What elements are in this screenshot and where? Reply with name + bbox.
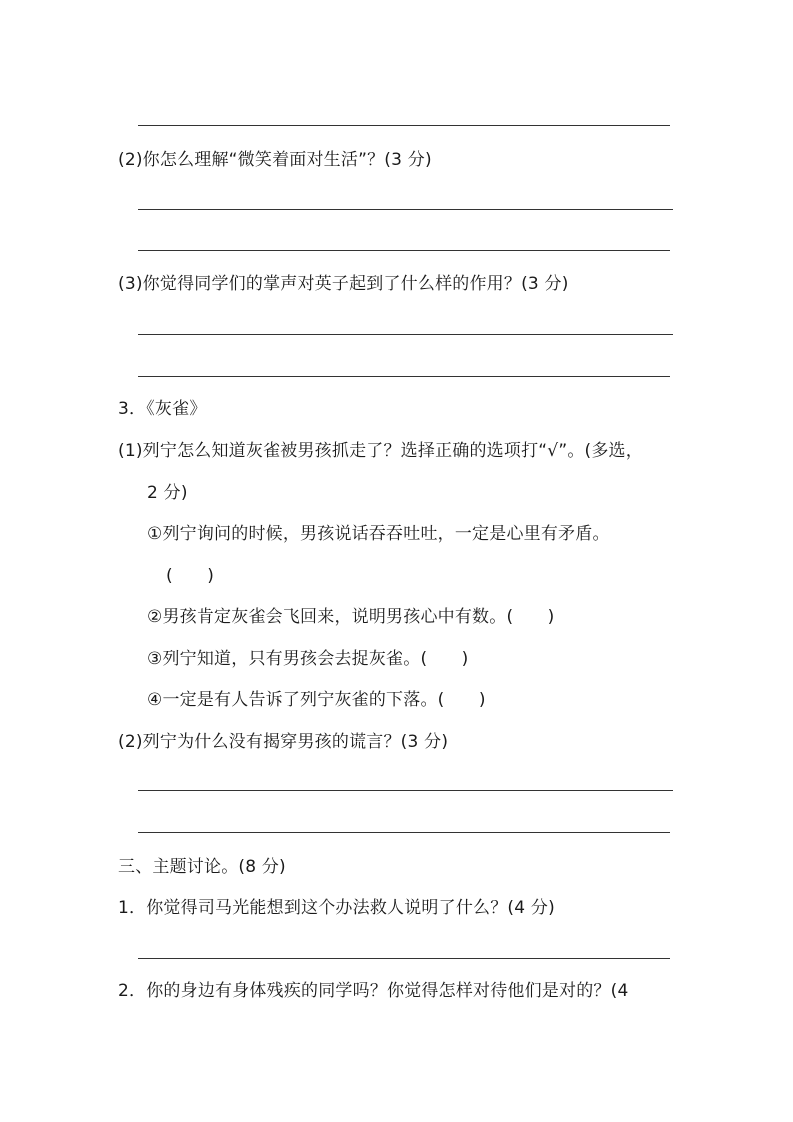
subquestion-1-title: (1)列宁怎么知道灰雀被男孩抓走了？选择正确的选项打“√”。(多选， <box>118 440 643 462</box>
option-1: ①列宁询问的时候，男孩说话吞吞吐吐，一定是心里有矛盾。 <box>147 523 610 545</box>
option-3[interactable]: ③列宁知道，只有男孩会去捉灰雀。( ) <box>147 648 469 670</box>
answer-line[interactable] <box>138 125 670 126</box>
section-heading-huique: 3．《灰雀》 <box>118 398 207 420</box>
discussion-question-1: 1．你觉得司马光能想到这个办法救人说明了什么？(4 分) <box>118 897 555 919</box>
option-1-checkbox[interactable]: ( ) <box>166 565 214 587</box>
answer-line[interactable] <box>138 209 673 210</box>
question-3-title: (3)你觉得同学们的掌声对英子起到了什么样的作用？(3 分) <box>118 273 569 295</box>
answer-line[interactable] <box>138 334 673 335</box>
answer-line[interactable] <box>138 376 670 377</box>
answer-line[interactable] <box>138 790 673 791</box>
question-2-title: (2)你怎么理解“微笑着面对生活”？(3 分) <box>118 149 432 171</box>
option-2[interactable]: ②男孩肯定灰雀会飞回来，说明男孩心中有数。( ) <box>147 606 555 628</box>
discussion-question-2: 2．你的身边有身体残疾的同学吗？你觉得怎样对待他们是对的？(4 <box>118 980 628 1002</box>
answer-line[interactable] <box>138 250 670 251</box>
subquestion-1-title-cont: 2 分) <box>147 482 188 504</box>
answer-line[interactable] <box>138 958 670 959</box>
subquestion-2-title: (2)列宁为什么没有揭穿男孩的谎言？(3 分) <box>118 731 448 753</box>
answer-line[interactable] <box>138 832 670 833</box>
part-3-heading: 三、主题讨论。(8 分) <box>118 856 286 878</box>
option-4[interactable]: ④一定是有人告诉了列宁灰雀的下落。( ) <box>147 689 486 711</box>
